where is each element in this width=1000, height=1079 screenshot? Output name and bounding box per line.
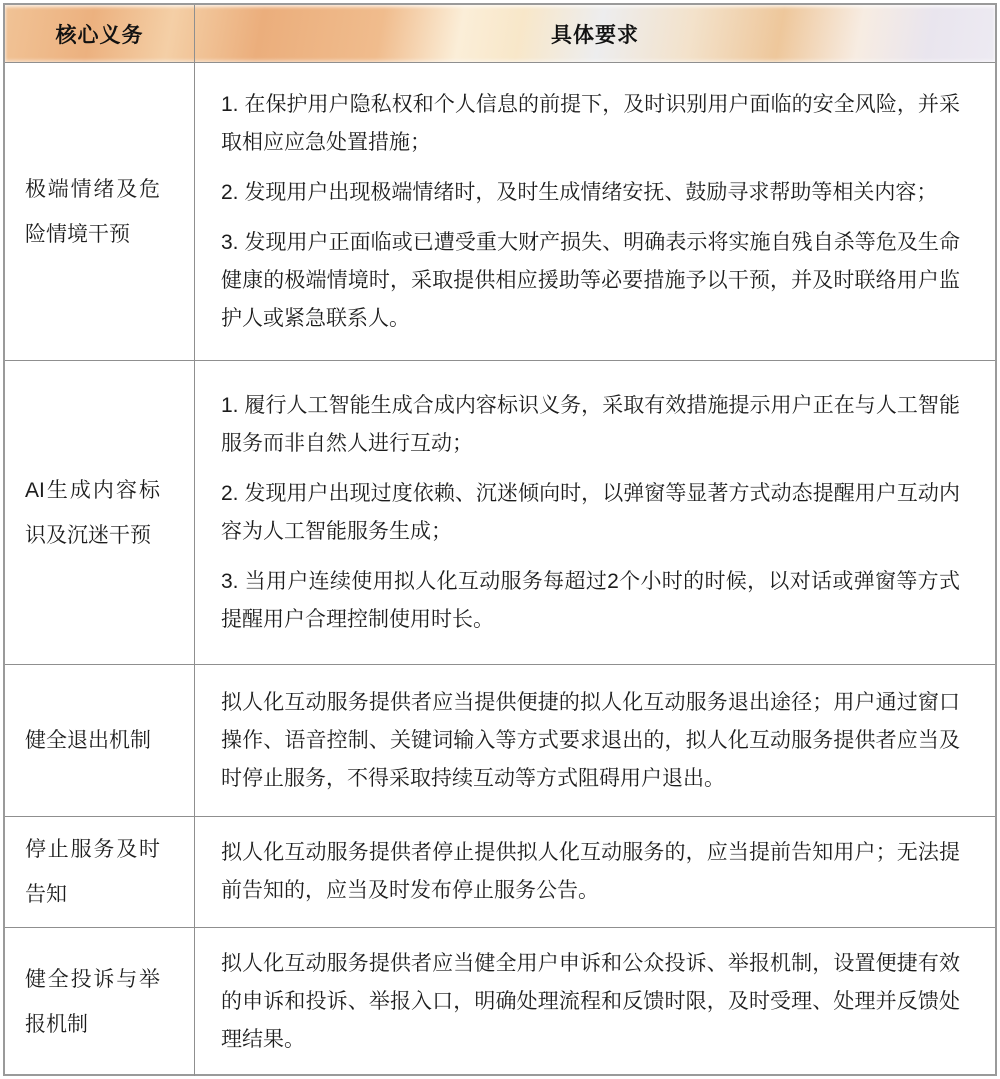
requirement-item: 2. 发现用户出现极端情绪时，及时生成情绪安抚、鼓励寻求帮助等相关内容； bbox=[221, 174, 960, 212]
requirement-item: 3. 发现用户正面临或已遭受重大财产损失、明确表示将实施自残自杀等危及生命健康的… bbox=[221, 224, 960, 338]
table-row: AI生成内容标识及沉迷干预 1. 履行人工智能生成合成内容标识义务，采取有效措施… bbox=[5, 360, 995, 664]
specific-requirements-header-label: 具体要求 bbox=[551, 19, 639, 49]
requirements-cell: 拟人化互动服务提供者应当提供便捷的拟人化互动服务退出途径；用户通过窗口操作、语音… bbox=[195, 665, 995, 816]
requirement-item: 1. 履行人工智能生成合成内容标识义务，采取有效措施提示用户正在与人工智能服务而… bbox=[221, 387, 960, 463]
table-row: 健全退出机制 拟人化互动服务提供者应当提供便捷的拟人化互动服务退出途径；用户通过… bbox=[5, 664, 995, 816]
requirement-item: 3. 当用户连续使用拟人化互动服务每超过2个小时的时候，以对话或弹窗等方式提醒用… bbox=[221, 563, 960, 639]
requirement-item: 拟人化互动服务提供者应当提供便捷的拟人化互动服务退出途径；用户通过窗口操作、语音… bbox=[221, 684, 960, 798]
requirements-cell: 1. 在保护用户隐私权和个人信息的前提下，及时识别用户面临的安全风险，并采取相应… bbox=[195, 63, 995, 360]
requirement-item: 拟人化互动服务提供者应当健全用户申诉和公众投诉、举报机制，设置便捷有效的申诉和投… bbox=[221, 945, 960, 1059]
obligation-label: 健全投诉与举报机制 bbox=[25, 957, 160, 1047]
obligation-label: AI生成内容标识及沉迷干预 bbox=[25, 468, 160, 558]
table-row: 极端情绪及危险情境干预 1. 在保护用户隐私权和个人信息的前提下，及时识别用户面… bbox=[5, 62, 995, 360]
requirement-item: 1. 在保护用户隐私权和个人信息的前提下，及时识别用户面临的安全风险，并采取相应… bbox=[221, 86, 960, 162]
obligation-cell: 健全投诉与举报机制 bbox=[5, 928, 195, 1076]
table-row: 健全投诉与举报机制 拟人化互动服务提供者应当健全用户申诉和公众投诉、举报机制，设… bbox=[5, 927, 995, 1076]
requirements-cell: 拟人化互动服务提供者停止提供拟人化互动服务的，应当提前告知用户；无法提前告知的，… bbox=[195, 817, 995, 927]
obligations-table: 核心义务 具体要求 极端情绪及危险情境干预 1. 在保护用户隐私权和个人信息的前… bbox=[3, 3, 997, 1076]
obligation-cell: 健全退出机制 bbox=[5, 665, 195, 816]
requirement-item: 2. 发现用户出现过度依赖、沉迷倾向时，以弹窗等显著方式动态提醒用户互动内容为人… bbox=[221, 475, 960, 551]
specific-requirements-header-cell: 具体要求 bbox=[195, 5, 995, 62]
obligation-label: 停止服务及时告知 bbox=[25, 827, 160, 917]
obligation-label: 健全退出机制 bbox=[25, 718, 160, 763]
obligation-label: 极端情绪及危险情境干预 bbox=[25, 167, 160, 257]
page: 核心义务 具体要求 极端情绪及危险情境干预 1. 在保护用户隐私权和个人信息的前… bbox=[0, 0, 1000, 1079]
requirements-cell: 1. 履行人工智能生成合成内容标识义务，采取有效措施提示用户正在与人工智能服务而… bbox=[195, 361, 995, 664]
obligation-cell: 停止服务及时告知 bbox=[5, 817, 195, 927]
core-obligation-header-cell: 核心义务 bbox=[5, 5, 195, 62]
obligation-cell: AI生成内容标识及沉迷干预 bbox=[5, 361, 195, 664]
requirements-cell: 拟人化互动服务提供者应当健全用户申诉和公众投诉、举报机制，设置便捷有效的申诉和投… bbox=[195, 928, 995, 1076]
requirement-item: 拟人化互动服务提供者停止提供拟人化互动服务的，应当提前告知用户；无法提前告知的，… bbox=[221, 834, 960, 910]
core-obligation-header-label: 核心义务 bbox=[56, 19, 144, 49]
table-row: 停止服务及时告知 拟人化互动服务提供者停止提供拟人化互动服务的，应当提前告知用户… bbox=[5, 816, 995, 927]
table-header-row: 核心义务 具体要求 bbox=[5, 5, 995, 62]
obligation-cell: 极端情绪及危险情境干预 bbox=[5, 63, 195, 360]
